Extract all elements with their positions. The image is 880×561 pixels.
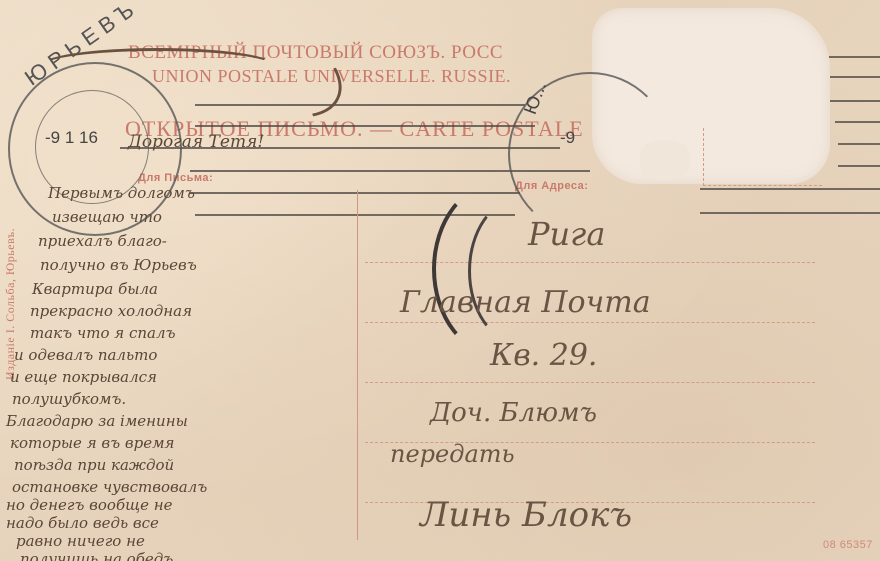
address-line xyxy=(365,382,815,383)
address-recipient: Доч. Блюмъ xyxy=(430,398,597,428)
message-line: Первымъ долгомъ xyxy=(48,184,195,202)
message-line: которые я въ время xyxy=(10,434,174,452)
address-forward-note: передать xyxy=(390,440,515,468)
message-line: и одевалъ пальто xyxy=(14,346,157,364)
cancel-line xyxy=(700,188,880,190)
address-forward-recipient: Линь Блокъ xyxy=(420,495,632,535)
postcard: ВСЕМІРНЫЙ ПОЧТОВЫЙ СОЮЗЪ. РОСС UNION POS… xyxy=(0,0,880,561)
address-apartment: Кв. 29. xyxy=(490,338,597,373)
address-street: Главная Почта xyxy=(400,285,651,320)
address-city: Рига xyxy=(528,215,605,253)
cancel-line xyxy=(195,104,525,106)
message-line: полушубкомъ. xyxy=(12,390,126,408)
cancel-line xyxy=(700,212,880,214)
cancel-line xyxy=(838,165,880,167)
cancel-line xyxy=(195,125,535,127)
address-line xyxy=(365,322,815,323)
stamp-placement-box xyxy=(703,128,822,186)
postmark-date: -9 1 16 xyxy=(45,128,98,148)
message-line: получно въ Юрьевъ xyxy=(40,256,197,274)
cancel-line xyxy=(827,56,880,58)
message-line: но денегъ вообще не xyxy=(6,496,173,514)
message-line: поѣзда при каждой xyxy=(14,456,174,474)
message-line: получишь на обедъ xyxy=(20,550,173,561)
cancel-line xyxy=(830,76,880,78)
message-line: Благодарю за іменины xyxy=(6,412,188,430)
message-line: равно ничего не xyxy=(16,532,145,550)
message-line: приехалъ благо- xyxy=(38,232,167,250)
postmark-date: -9 xyxy=(560,128,575,148)
message-line: такъ что я спалъ xyxy=(30,324,176,342)
message-line: остановке чувствовалъ xyxy=(12,478,207,496)
cancel-line xyxy=(830,100,880,102)
cancel-line xyxy=(835,121,880,123)
message-line: надо было ведь все xyxy=(6,514,159,532)
message-line: извещаю что xyxy=(52,208,162,226)
divider-line xyxy=(357,190,358,540)
serial-number: 08 65357 xyxy=(823,539,873,551)
cancel-line xyxy=(838,143,880,145)
handwritten-greeting: Дорогая Тетя! xyxy=(128,132,264,152)
message-line: Квартира была xyxy=(32,280,158,298)
message-line: прекрасно холодная xyxy=(30,302,192,320)
message-line: и еще покрывался xyxy=(10,368,157,386)
